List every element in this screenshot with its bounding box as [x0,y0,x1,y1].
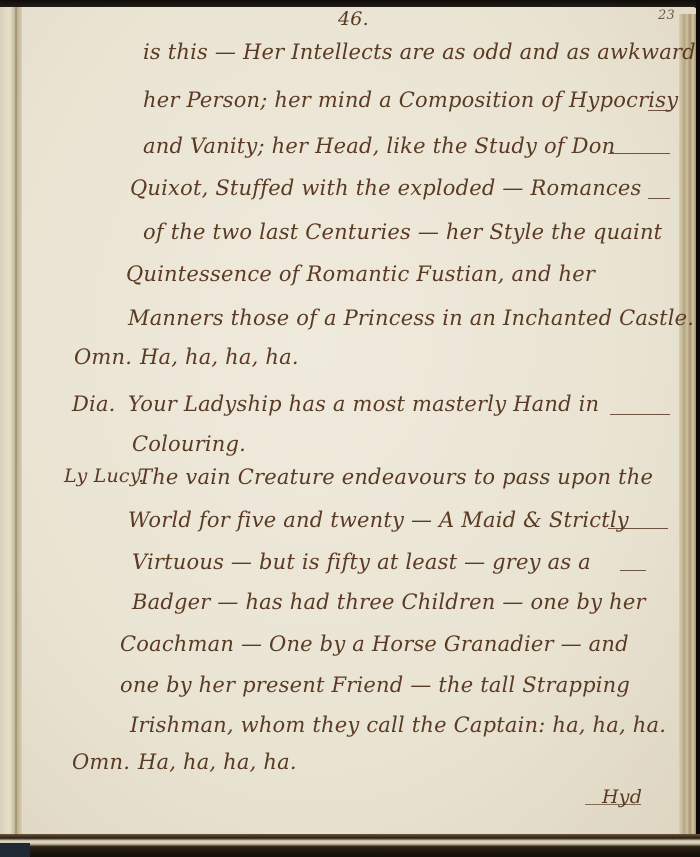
page-number: 46. [338,8,369,30]
page-stack-edge [679,14,697,840]
manuscript-line: Colouring. [132,432,246,456]
book-gutter [0,7,22,841]
line-filler-dash [608,153,670,154]
line-filler-dash [648,110,670,111]
manuscript-line: Manners those of a Princess in an Inchan… [128,306,694,330]
manuscript-line: The vain Creature endeavours to pass upo… [138,465,653,489]
folio-number: 23 [658,8,675,23]
speaker-label: Ly Lucy. [64,465,144,487]
line-filler-dash [648,198,670,199]
manuscript-line: Your Ladyship has a most masterly Hand i… [128,392,599,416]
manuscript-line: Ha, ha, ha, ha. [138,750,297,774]
speaker-label: Omn. [72,750,130,774]
speaker-label: Dia. [72,392,116,416]
manuscript-line: Ha, ha, ha, ha. [140,345,299,369]
manuscript-line: one by her present Friend — the tall Str… [120,673,630,697]
line-filler-dash [608,528,668,529]
background-edge [696,0,700,857]
corner-shadow [0,843,30,857]
manuscript-line: Quixot, Stuffed with the exploded — Roma… [130,176,642,200]
gutter-fold-line [15,7,17,841]
manuscript-line: Irishman, whom they call the Captain: ha… [130,713,666,737]
manuscript-line: Quintessence of Romantic Fustian, and he… [126,262,595,286]
manuscript-line: World for five and twenty — A Maid & Str… [128,508,629,532]
catchword: Hyd [602,786,642,808]
manuscript-line: of the two last Centuries — her Style th… [143,220,662,244]
manuscript-line: and Vanity; her Head, like the Study of … [143,134,615,158]
book-bottom-edge [0,834,700,857]
manuscript-line: Virtuous — but is fifty at least — grey … [132,550,591,574]
line-filler-dash [620,570,646,571]
manuscript-line: is this — Her Intellects are as odd and … [143,40,700,64]
manuscript-line: her Person; her mind a Composition of Hy… [143,88,678,112]
manuscript-line: Badger — has had three Children — one by… [132,590,646,614]
manuscript-line: Coachman — One by a Horse Granadier — an… [120,632,629,656]
line-filler-dash [610,414,670,415]
speaker-label: Omn. [74,345,132,369]
